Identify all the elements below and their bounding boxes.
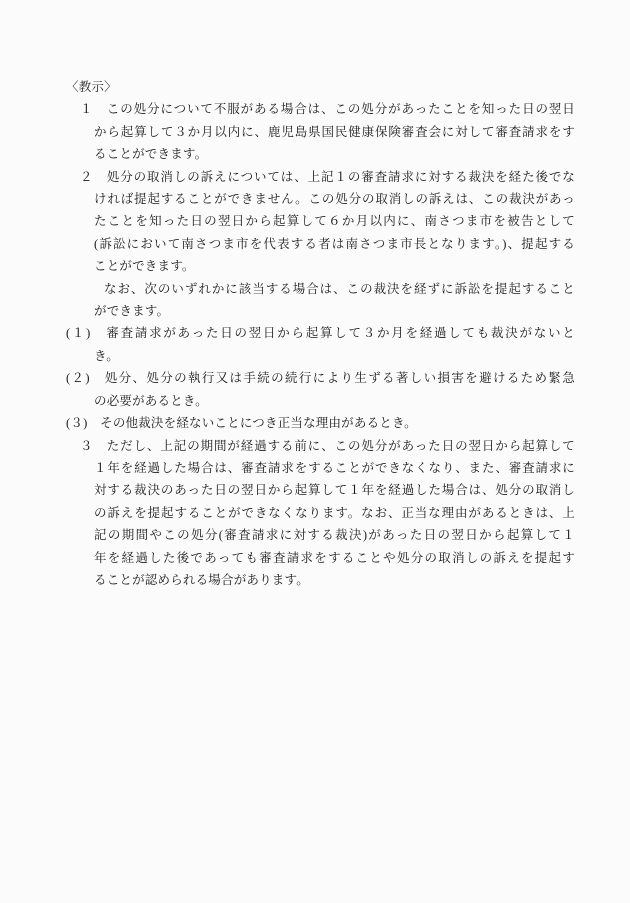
text-line: ることができます。 bbox=[94, 143, 575, 165]
paragraph-sub-item-1: (１) 審査請求があった日の翌日から起算して３か月を経過しても裁決がないと き。 bbox=[66, 322, 575, 367]
paragraph-item-2-note: なお、次のいずれかに該当する場合は、この裁決を経ずに訴訟を提起すること ができま… bbox=[66, 278, 575, 323]
paragraph-sub-item-3: (３) その他裁決を経ないことにつき正当な理由があるとき。 bbox=[66, 412, 575, 434]
paragraph-item-2: ２ 処分の取消しの訴えについては、上記１の審査請求に対する裁決を経た後でな けれ… bbox=[66, 166, 575, 278]
paragraph-sub-item-2: (２) 処分、処分の執行又は手続の続行により生ずる著しい損害を避けるため緊急 の… bbox=[66, 367, 575, 412]
text-line: (２) 処分、処分の執行又は手続の続行により生ずる著しい損害を避けるため緊急 bbox=[66, 367, 575, 389]
notice-heading: 〈教示〉 bbox=[66, 76, 575, 98]
text-line: の必要があるとき。 bbox=[94, 390, 575, 412]
text-line: ２ 処分の取消しの訴えについては、上記１の審査請求に対する裁決を経た後でな bbox=[80, 166, 575, 188]
text-line: ができます。 bbox=[94, 300, 575, 322]
paragraph-item-3: ３ ただし、上記の期間が経過する前に、この処分があった日の翌日から起算して １年… bbox=[66, 435, 575, 592]
text-line: １年を経過した場合は、審査請求をすることができなくなり、また、審査請求に bbox=[94, 457, 575, 479]
text-line: ことができます。 bbox=[94, 255, 575, 277]
text-line: から起算して３か月以内に、鹿児島県国民健康保険審査会に対して審査請求をす bbox=[94, 121, 575, 143]
text-line: １ この処分について不服がある場合は、この処分があったことを知った日の翌日 bbox=[80, 98, 575, 120]
text-line: (１) 審査請求があった日の翌日から起算して３か月を経過しても裁決がないと bbox=[66, 322, 575, 344]
text-line: の訴えを提起することができなくなります。なお、正当な理由があるときは、上 bbox=[94, 502, 575, 524]
text-line: なお、次のいずれかに該当する場合は、この裁決を経ずに訴訟を提起すること bbox=[104, 278, 575, 300]
text-line: 記の期間やこの処分(審査請求に対する裁決)があった日の翌日から起算して１ bbox=[94, 524, 575, 546]
document-page: 〈教示〉 １ この処分について不服がある場合は、この処分があったことを知った日の… bbox=[0, 0, 630, 903]
text-line: (訴訟において南さつま市を代表する者は南さつま市長となります。)、提起する bbox=[94, 233, 575, 255]
text-line: き。 bbox=[94, 345, 575, 367]
text-line: ることが認められる場合があります。 bbox=[94, 569, 575, 591]
text-line: (３) その他裁決を経ないことにつき正当な理由があるとき。 bbox=[66, 412, 575, 434]
text-line: たことを知った日の翌日から起算して６か月以内に、南さつま市を被告として bbox=[94, 210, 575, 232]
text-line: 対する裁決のあった日の翌日から起算して１年を経過した場合は、処分の取消し bbox=[94, 479, 575, 501]
text-line: ３ ただし、上記の期間が経過する前に、この処分があった日の翌日から起算して bbox=[80, 435, 575, 457]
paragraph-item-1: １ この処分について不服がある場合は、この処分があったことを知った日の翌日 から… bbox=[66, 98, 575, 165]
text-line: ければ提起することができません。この処分の取消しの訴えは、この裁決があっ bbox=[94, 188, 575, 210]
text-line: 年を経過した後であっても審査請求をすることや処分の取消しの訴えを提起す bbox=[94, 547, 575, 569]
